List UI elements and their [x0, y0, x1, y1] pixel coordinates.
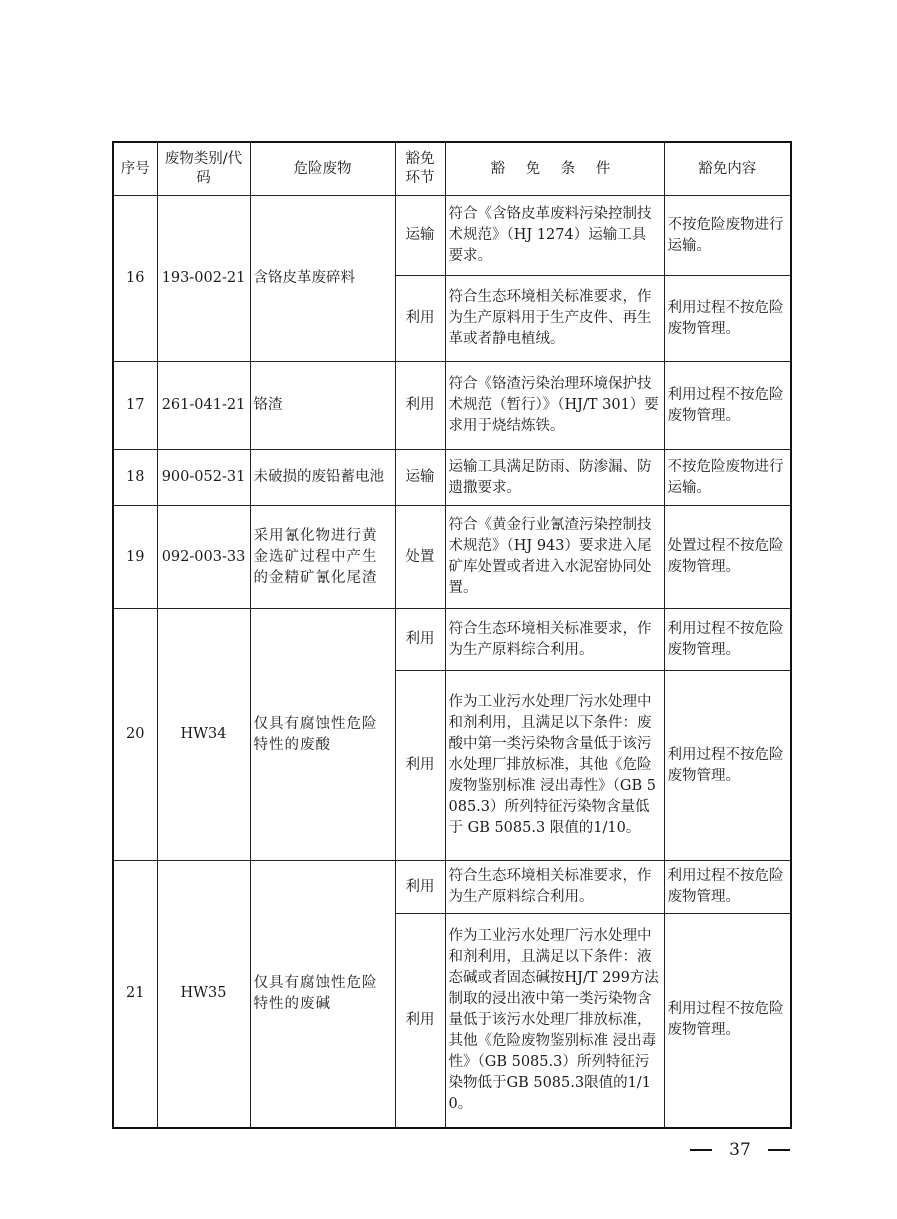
document-page: 序号 废物类别/代码 危险废物 豁免环节 豁 免 条 件 豁免内容 16 193… [0, 0, 897, 1219]
dash-left-decoration [690, 1149, 712, 1151]
table-row: 19 092-003-33 采用氰化物进行黄金选矿过程中产生的金精矿氰化尾渣 处… [113, 506, 791, 609]
cell-seq: 19 [113, 506, 157, 609]
cell-content: 利用过程不按危险废物管理。 [664, 609, 791, 671]
cell-code: 193-002-21 [157, 196, 250, 362]
table-row: 17 261-041-21 铬渣 利用 符合《铬渣污染治理环境保护技术规范（暂行… [113, 362, 791, 450]
cell-seq: 20 [113, 609, 157, 861]
cell-condition: 符合《铬渣污染治理环境保护技术规范（暂行）》（HJ/T 301）要求用于烧结炼铁… [445, 362, 664, 450]
cell-stage: 利用 [395, 861, 445, 914]
cell-waste: 含铬皮革废碎料 [250, 196, 395, 362]
cell-content: 利用过程不按危险废物管理。 [664, 914, 791, 1128]
cell-waste: 铬渣 [250, 362, 395, 450]
cell-content: 利用过程不按危险废物管理。 [664, 861, 791, 914]
cell-waste: 仅具有腐蚀性危险特性的废酸 [250, 609, 395, 861]
cell-content: 利用过程不按危险废物管理。 [664, 671, 791, 861]
cell-seq: 18 [113, 450, 157, 506]
cell-content: 不按危险废物进行运输。 [664, 196, 791, 276]
table-header-row: 序号 废物类别/代码 危险废物 豁免环节 豁 免 条 件 豁免内容 [113, 142, 791, 196]
table-row: 16 193-002-21 含铬皮革废碎料 运输 符合《含铬皮革废料污染控制技术… [113, 196, 791, 276]
cell-condition: 作为工业污水处理厂污水处理中和剂利用，且满足以下条件：液态碱或者固态碱按HJ/T… [445, 914, 664, 1128]
cell-content: 利用过程不按危险废物管理。 [664, 362, 791, 450]
cell-waste: 仅具有腐蚀性危险特性的废碱 [250, 861, 395, 1128]
cell-condition: 运输工具满足防雨、防渗漏、防遗撒要求。 [445, 450, 664, 506]
cell-condition: 符合《含铬皮革废料污染控制技术规范》（HJ 1274）运输工具要求。 [445, 196, 664, 276]
cell-stage: 利用 [395, 362, 445, 450]
cell-condition: 符合生态环境相关标准要求，作为生产原料用于生产皮件、再生革或者静电植绒。 [445, 276, 664, 362]
cell-seq: 17 [113, 362, 157, 450]
cell-condition: 符合生态环境相关标准要求，作为生产原料综合利用。 [445, 609, 664, 671]
cell-content: 处置过程不按危险废物管理。 [664, 506, 791, 609]
header-category-code: 废物类别/代码 [157, 142, 250, 196]
header-seq: 序号 [113, 142, 157, 196]
cell-code: HW34 [157, 609, 250, 861]
cell-code: 900-052-31 [157, 450, 250, 506]
cell-waste: 未破损的废铅蓄电池 [250, 450, 395, 506]
cell-stage: 利用 [395, 276, 445, 362]
cell-code: 092-003-33 [157, 506, 250, 609]
table-row: 18 900-052-31 未破损的废铅蓄电池 运输 运输工具满足防雨、防渗漏、… [113, 450, 791, 506]
page-number-text: 37 [729, 1140, 751, 1160]
cell-code: 261-041-21 [157, 362, 250, 450]
cell-condition: 符合《黄金行业氰渣污染控制技术规范》（HJ 943）要求进入尾矿库处置或者进入水… [445, 506, 664, 609]
header-hazardous-waste: 危险废物 [250, 142, 395, 196]
dash-right-decoration [768, 1149, 790, 1151]
cell-stage: 处置 [395, 506, 445, 609]
header-exempt-stage: 豁免环节 [395, 142, 445, 196]
cell-stage: 利用 [395, 914, 445, 1128]
header-exempt-conditions: 豁 免 条 件 [445, 142, 664, 196]
cell-waste: 采用氰化物进行黄金选矿过程中产生的金精矿氰化尾渣 [250, 506, 395, 609]
table-row: 21 HW35 仅具有腐蚀性危险特性的废碱 利用 符合生态环境相关标准要求，作为… [113, 861, 791, 914]
cell-seq: 21 [113, 861, 157, 1128]
cell-content: 不按危险废物进行运输。 [664, 450, 791, 506]
cell-seq: 16 [113, 196, 157, 362]
cell-code: HW35 [157, 861, 250, 1128]
cell-stage: 运输 [395, 196, 445, 276]
cell-stage: 利用 [395, 609, 445, 671]
hazardous-waste-exemption-table: 序号 废物类别/代码 危险废物 豁免环节 豁 免 条 件 豁免内容 16 193… [112, 141, 792, 1129]
cell-condition: 作为工业污水处理厂污水处理中和剂利用，且满足以下条件：废酸中第一类污染物含量低于… [445, 671, 664, 861]
cell-condition: 符合生态环境相关标准要求，作为生产原料综合利用。 [445, 861, 664, 914]
page-number: 37 [690, 1138, 790, 1162]
header-exempt-content: 豁免内容 [664, 142, 791, 196]
cell-content: 利用过程不按危险废物管理。 [664, 276, 791, 362]
table-row: 20 HW34 仅具有腐蚀性危险特性的废酸 利用 符合生态环境相关标准要求，作为… [113, 609, 791, 671]
cell-stage: 利用 [395, 671, 445, 861]
cell-stage: 运输 [395, 450, 445, 506]
